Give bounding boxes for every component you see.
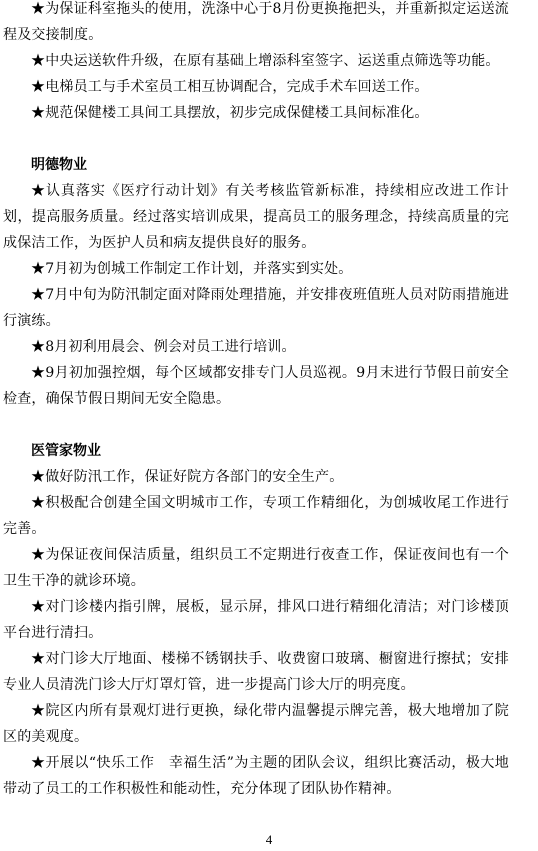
bullet-paragraph: ★做好防汛工作，保证好院方各部门的安全生产。 xyxy=(3,464,509,490)
bullet-paragraph: ★7月中旬为防汛制定面对降雨处理措施，并安排夜班值班人员对防雨措施进行演练。 xyxy=(3,282,509,334)
bullet-paragraph: ★开展以“快乐工作 幸福生活”为主题的团队会议，组织比赛活动，极大地带动了员工的… xyxy=(3,750,509,802)
bullet-paragraph: ★对门诊大厅地面、楼梯不锈钢扶手、收费窗口玻璃、橱窗进行擦拭；安排专业人员清洗门… xyxy=(3,646,509,698)
bullet-paragraph: ★中央运送软件升级，在原有基础上增添科室签字、运送重点筛选等功能。 xyxy=(3,48,509,74)
bullet-paragraph: ★7月初为创城工作制定工作计划，并落实到实处。 xyxy=(3,256,509,282)
bullet-paragraph: ★规范保健楼工具间工具摆放，初步完成保健楼工具间标准化。 xyxy=(3,100,509,126)
bullet-paragraph: ★8月初利用晨会、例会对员工进行培训。 xyxy=(3,334,509,360)
bullet-paragraph: ★为保证夜间保洁质量，组织员工不定期进行夜查工作，保证夜间也有一个卫生干净的就诊… xyxy=(3,542,509,594)
bullet-paragraph: ★电梯员工与手术室员工相互协调配合，完成手术车回送工作。 xyxy=(3,74,509,100)
document-page: ★为保证科室拖头的使用，洗涤中心于8月份更换拖把头，并重新拟定运送流程及交接制度… xyxy=(3,0,509,802)
section-spacer xyxy=(3,126,509,152)
page-number: 4 xyxy=(0,832,538,848)
bullet-paragraph: ★积极配合创建全国文明城市工作，专项工作精细化，为创城收尾工作进行完善。 xyxy=(3,490,509,542)
section-spacer xyxy=(3,412,509,438)
bullet-paragraph: ★对门诊楼内指引牌，展板，显示屏，排风口进行精细化清洁；对门诊楼顶平台进行清扫。 xyxy=(3,594,509,646)
section-heading: 医管家物业 xyxy=(3,438,509,464)
bullet-paragraph: ★9月初加强控烟，每个区域都安排专门人员巡视。9月末进行节假日前安全检查，确保节… xyxy=(3,360,509,412)
bullet-paragraph: ★认真落实《医疗行动计划》有关考核监管新标准，持续相应改进工作计划，提高服务质量… xyxy=(3,178,509,256)
bullet-paragraph: ★为保证科室拖头的使用，洗涤中心于8月份更换拖把头，并重新拟定运送流程及交接制度… xyxy=(3,0,509,48)
bullet-paragraph: ★院区内所有景观灯进行更换，绿化带内温馨提示牌完善，极大地增加了院区的美观度。 xyxy=(3,698,509,750)
section-heading: 明德物业 xyxy=(3,152,509,178)
